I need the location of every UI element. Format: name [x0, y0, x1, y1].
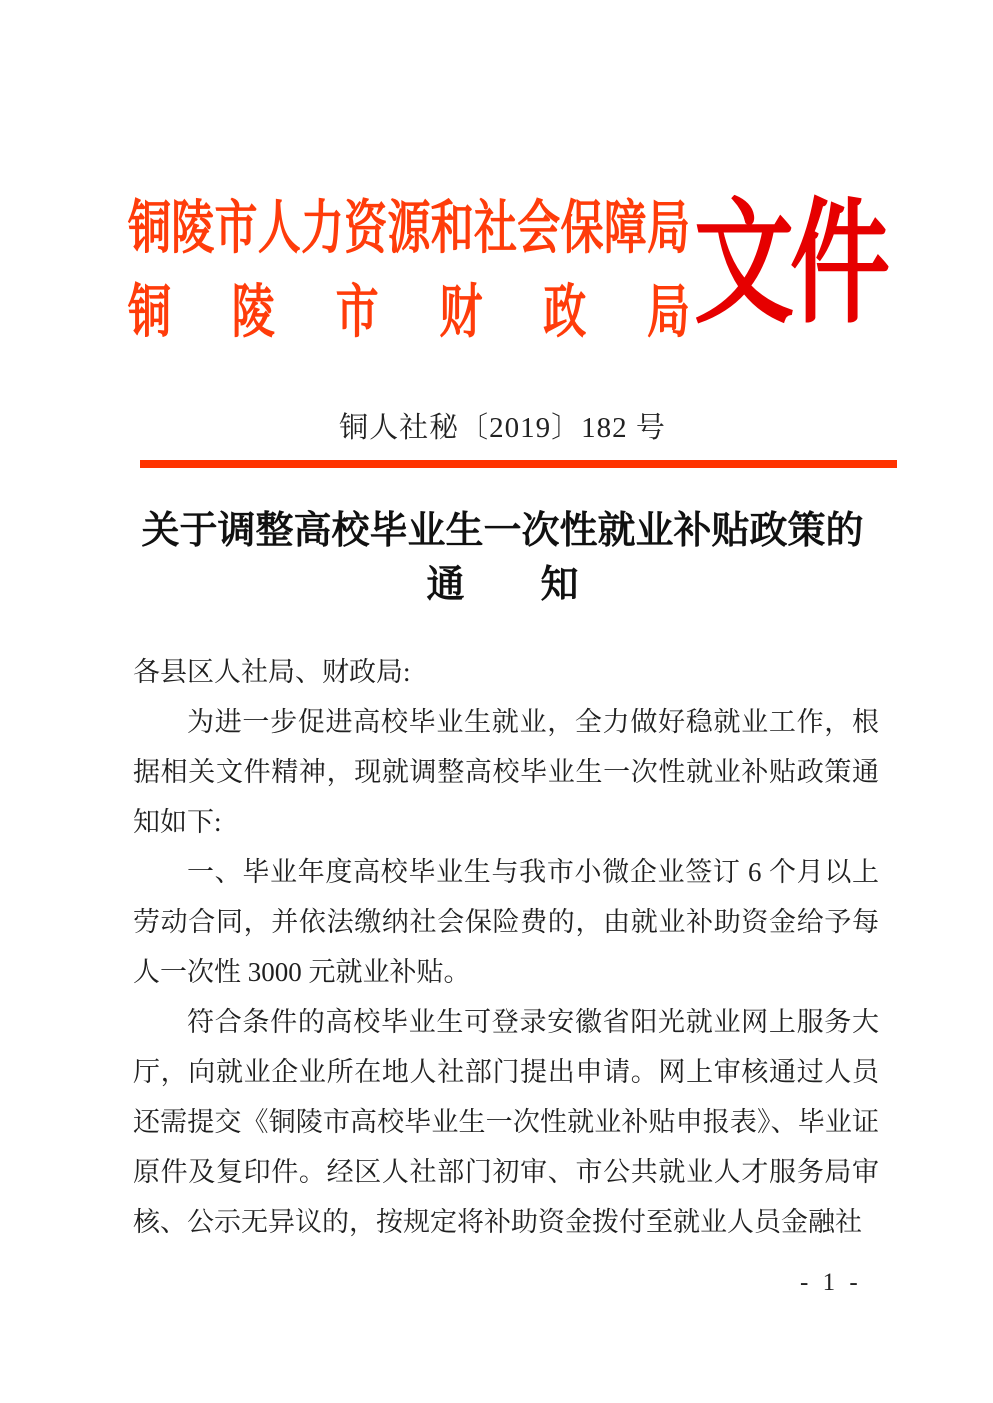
paragraph-intro: 为进一步促进高校毕业生就业，全力做好稳就业工作，根据相关文件精神，现就调整高校毕…	[133, 697, 879, 847]
document-title-line1: 关于调整高校毕业生一次性就业补贴政策的	[124, 504, 881, 558]
document-title: 关于调整高校毕业生一次性就业补贴政策的 通 知	[124, 504, 881, 612]
salutation: 各县区人社局、财政局:	[133, 647, 879, 697]
document-title-line2: 通 知	[124, 558, 881, 612]
red-divider-line	[140, 460, 897, 468]
doc-type-label: 文件	[694, 198, 886, 333]
agency-name-line2: 铜陵市财政局	[128, 284, 690, 342]
paragraph-policy-item-1: 一、毕业年度高校毕业生与我市小微企业签订 6 个月以上劳动合同，并依法缴纳社会保…	[133, 847, 879, 997]
document-page: 铜陵市人力资源和社会保障局 铜陵市财政局 文件 铜人社秘〔2019〕182 号 …	[0, 0, 993, 1403]
document-number: 铜人社秘〔2019〕182 号	[124, 410, 881, 446]
paragraph-application-procedure: 符合条件的高校毕业生可登录安徽省阳光就业网上服务大厅，向就业企业所在地人社部门提…	[133, 997, 879, 1247]
page-number: - 1 -	[800, 1267, 862, 1299]
document-body: 各县区人社局、财政局: 为进一步促进高校毕业生就业，全力做好稳就业工作，根据相关…	[133, 647, 879, 1247]
agency-name-line1: 铜陵市人力资源和社会保障局	[128, 200, 690, 258]
issuing-agencies: 铜陵市人力资源和社会保障局 铜陵市财政局	[128, 196, 690, 361]
